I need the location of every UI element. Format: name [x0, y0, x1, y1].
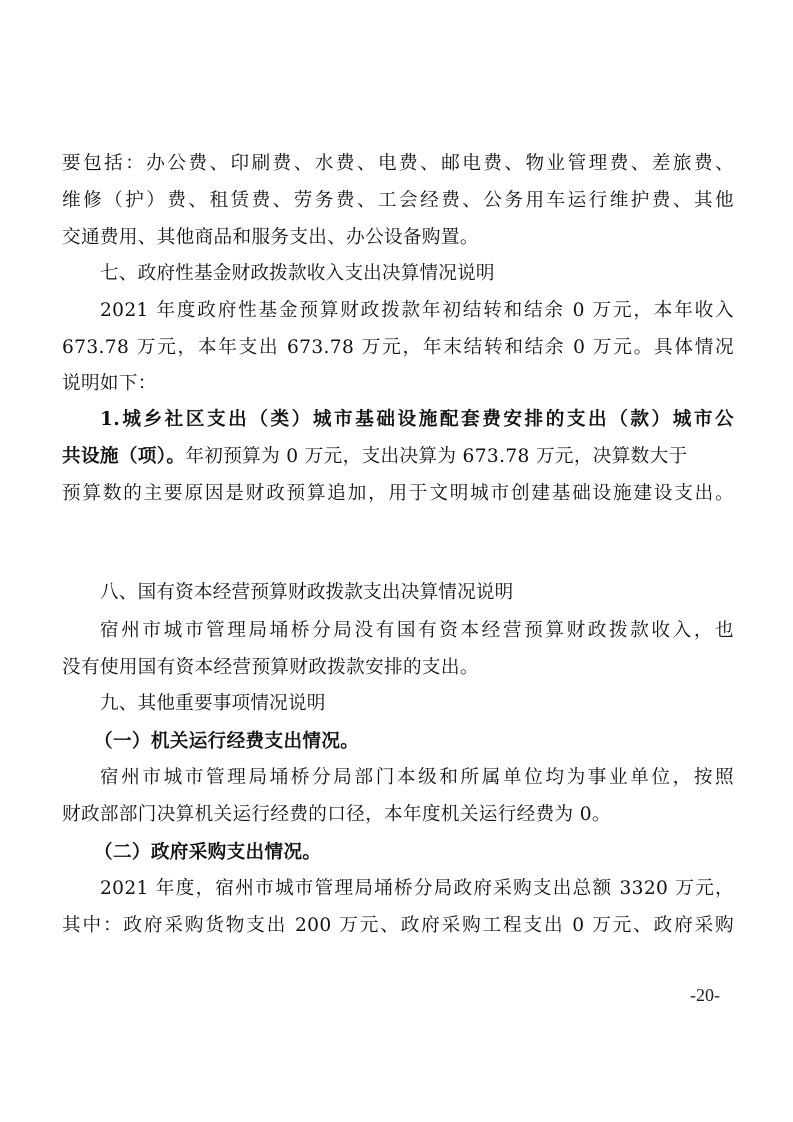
item-1-line-2: 共设施（项）。年初预算为 0 万元，支出决算为 673.78 万元，决算数大于 [62, 442, 734, 472]
body-text-line: 宿州市城市管理局埇桥分局部门本级和所属单位均为事业单位，按照 [100, 763, 734, 793]
body-text-line: 宿州市城市管理局埇桥分局没有国有资本经营预算财政拨款收入，也 [100, 616, 734, 646]
section-heading-9: 九、其他重要事项情况说明 [100, 689, 734, 719]
body-text-line: 673.78 万元，本年支出 673.78 万元，年末结转和结余 0 万元。具体… [62, 333, 734, 363]
subsection-heading-1: （一）机关运行经费支出情况。 [94, 727, 766, 757]
subsection-heading-2: （二）政府采购支出情况。 [94, 838, 766, 868]
section-heading-8: 八、国有资本经营预算财政拨款支出决算情况说明 [100, 578, 734, 608]
item-1-text: 年初预算为 0 万元，支出决算为 673.78 万元，决算数大于 [185, 446, 687, 467]
item-1-bold-title: 1.城乡社区支出（类）城市基础设施配套费安排的支出（款）城市公 [100, 405, 734, 435]
body-text-line: 预算数的主要原因是财政预算追加，用于文明城市创建基础设施建设支出。 [62, 479, 734, 509]
body-text-line: 维修（护）费、租赁费、劳务费、工会经费、公务用车运行维护费、其他 [62, 186, 734, 216]
body-text-line: 要包括：办公费、印刷费、水费、电费、邮电费、物业管理费、差旅费、 [62, 149, 734, 179]
section-heading-7: 七、政府性基金财政拨款收入支出决算情况说明 [100, 259, 734, 289]
body-text-line: 交通费用、其他商品和服务支出、办公设备购置。 [62, 223, 734, 253]
document-page: 要包括：办公费、印刷费、水费、电费、邮电费、物业管理费、差旅费、 维修（护）费、… [0, 0, 793, 1122]
body-text-line: 2021 年度，宿州市城市管理局埇桥分局政府采购支出总额 3320 万元， [100, 874, 734, 904]
page-number: -20- [690, 985, 720, 1006]
item-1-bold-title-end: 共设施（项）。 [62, 446, 185, 467]
body-text-line: 2021 年度政府性基金预算财政拨款年初结转和结余 0 万元，本年收入 [100, 296, 734, 326]
body-text-line: 说明如下： [62, 369, 734, 399]
body-text-line: 其中：政府采购货物支出 200 万元、政府采购工程支出 0 万元、政府采购 [62, 911, 734, 941]
body-text-line: 没有使用国有资本经营预算财政拨款安排的支出。 [62, 653, 734, 683]
body-text-line: 财政部部门决算机关运行经费的口径，本年度机关运行经费为 0。 [62, 800, 734, 830]
